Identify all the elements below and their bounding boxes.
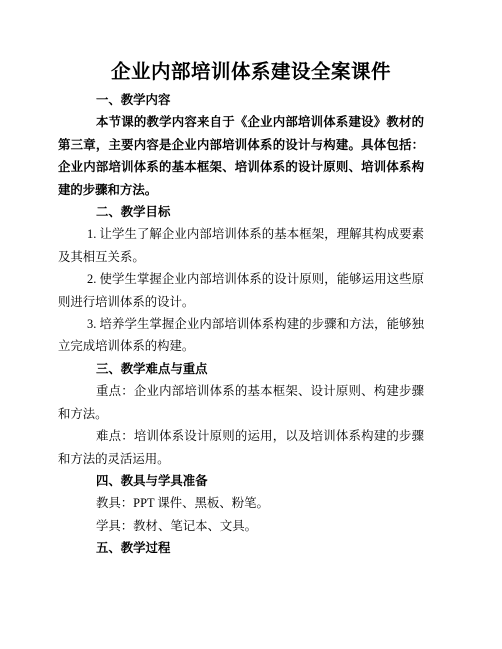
paragraph-teaching-content: 本节课的教学内容来自于《企业内部培训体系建设》教材的第三章，主要内容是企业内部培… xyxy=(58,111,424,201)
paragraph-keypoints: 重点：企业内部培训体系的基本框架、设计原则、构建步骤和方法。 xyxy=(58,380,424,425)
section-heading-teaching-goals: 二、教学目标 xyxy=(58,201,424,223)
paragraph-goal-2: 2. 使学生掌握企业内部培训体系的设计原则，能够运用这些原则进行培训体系的设计。 xyxy=(58,268,424,313)
section-heading-teaching-process: 五、教学过程 xyxy=(58,537,424,559)
section-heading-difficulties-keypoints: 三、教学难点与重点 xyxy=(58,358,424,380)
document-page: 企业内部培训体系建设全案课件 一、教学内容 本节课的教学内容来自于《企业内部培训… xyxy=(0,0,502,649)
paragraph-student-aids: 学具：教材、笔记本、文具。 xyxy=(58,515,424,537)
paragraph-teacher-aids: 教具：PPT 课件、黑板、粉笔。 xyxy=(58,492,424,514)
document-title: 企业内部培训体系建设全案课件 xyxy=(0,58,502,86)
document-body: 一、教学内容 本节课的教学内容来自于《企业内部培训体系建设》教材的第三章，主要内… xyxy=(0,89,502,560)
paragraph-goal-1: 1. 让学生了解企业内部培训体系的基本框架，理解其构成要素及其相互关系。 xyxy=(58,223,424,268)
section-heading-teaching-content: 一、教学内容 xyxy=(58,89,424,111)
paragraph-difficulties: 难点：培训体系设计原则的运用，以及培训体系构建的步骤和方法的灵活运用。 xyxy=(58,425,424,470)
paragraph-goal-3: 3. 培养学生掌握企业内部培训体系构建的步骤和方法，能够独立完成培训体系的构建。 xyxy=(58,313,424,358)
section-heading-teaching-aids: 四、教具与学具准备 xyxy=(58,470,424,492)
